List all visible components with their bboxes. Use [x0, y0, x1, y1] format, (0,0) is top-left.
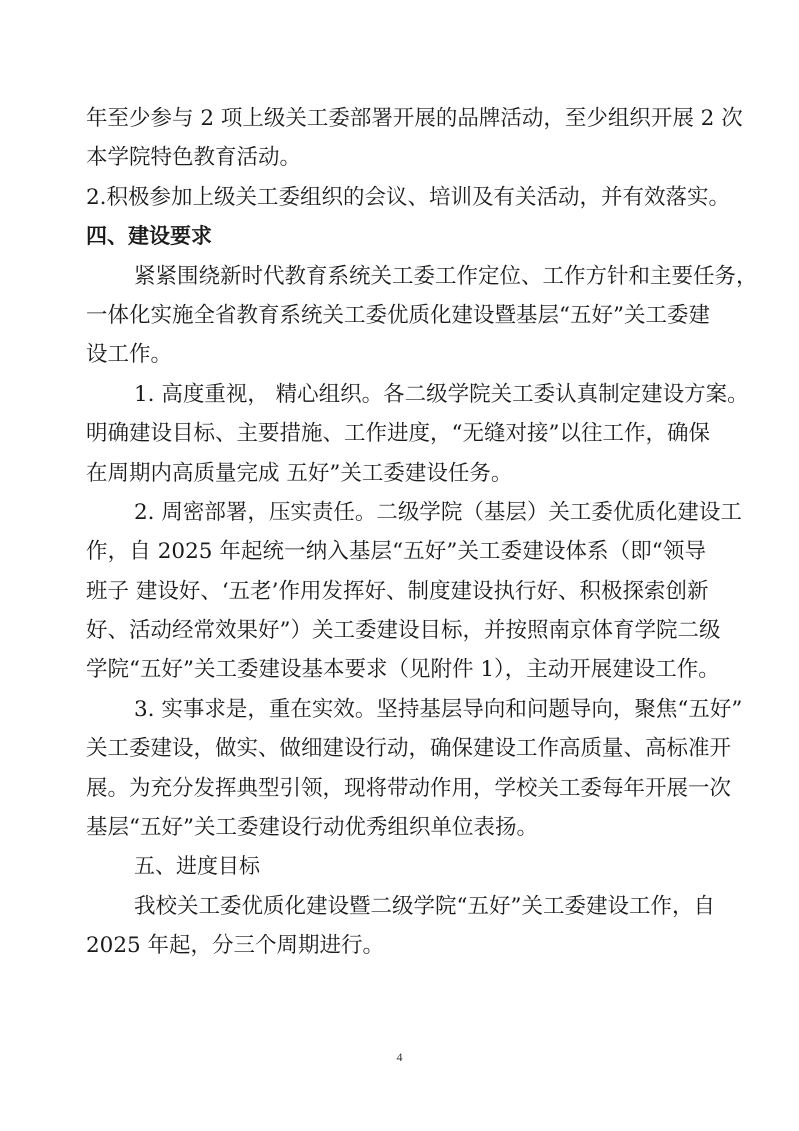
paragraph-line: 班子 建设好、‘五老’作用发挥好、制度建设执行好、积极探索创新: [86, 572, 706, 611]
paragraph-line: 好、活动经常效果好”）关工委建设目标，并按照南京体育学院二级: [86, 611, 706, 650]
paragraph-line: 学院“五好”关工委建设基本要求（见附件 1），主动开展建设工作。: [86, 650, 706, 689]
paragraph-line: 展。为充分发挥典型引领，现将带动作用，学校关工委每年开展一次: [86, 769, 706, 808]
paragraph-line: 基层“五好”关工委建设行动优秀组织单位表扬。: [86, 808, 706, 847]
paragraph-line: 年至少参与 2 项上级关工委部署开展的品牌活动，至少组织开展 2 次: [86, 99, 706, 138]
paragraph-line: 明确建设目标、主要措施、工作进度，“无缝对接”以往工作，确保: [86, 414, 706, 453]
list-item-2: 2.积极参加上级关工委组织的会议、培训及有关活动，并有效落实。: [86, 178, 706, 217]
paragraph-line: 关工委建设，做实、做细建设行动，确保建设工作高质量、高标准开: [86, 729, 706, 768]
paragraph-line: 2025 年起，分三个周期进行。: [86, 926, 706, 965]
document-page: 年至少参与 2 项上级关工委部署开展的品牌活动，至少组织开展 2 次 本学院特色…: [86, 99, 706, 966]
paragraph-line: 在周期内高质量完成 五好”关工委建设任务。: [86, 454, 706, 493]
requirement-item-3: 3. 实事求是，重在实效。坚持基层导向和问题导向，聚焦“五好”: [86, 690, 706, 729]
requirement-item-1: 1. 高度重视， 精心组织。各二级学院关工委认真制定建设方案。: [86, 375, 706, 414]
section-heading-5: 五、进度目标: [86, 847, 706, 886]
section-heading-4: 四、建设要求: [86, 217, 706, 256]
paragraph-line: 一体化实施全省教育系统关工委优质化建设暨基层“五好”关工委建: [86, 296, 706, 335]
paragraph-line: 我校关工委优质化建设暨二级学院“五好”关工委建设工作，自: [86, 887, 706, 926]
page-number: 4: [0, 1050, 799, 1065]
paragraph-line: 本学院特色教育活动。: [86, 138, 706, 177]
requirement-item-2: 2. 周密部署，压实责任。二级学院（基层）关工委优质化建设工: [86, 493, 706, 532]
paragraph-line: 设工作。: [86, 335, 706, 374]
paragraph-line: 作，自 2025 年起统一纳入基层“五好”关工委建设体系（即“领导: [86, 532, 706, 571]
paragraph-line: 紧紧围绕新时代教育系统关工委工作定位、工作方针和主要任务，: [86, 257, 706, 296]
